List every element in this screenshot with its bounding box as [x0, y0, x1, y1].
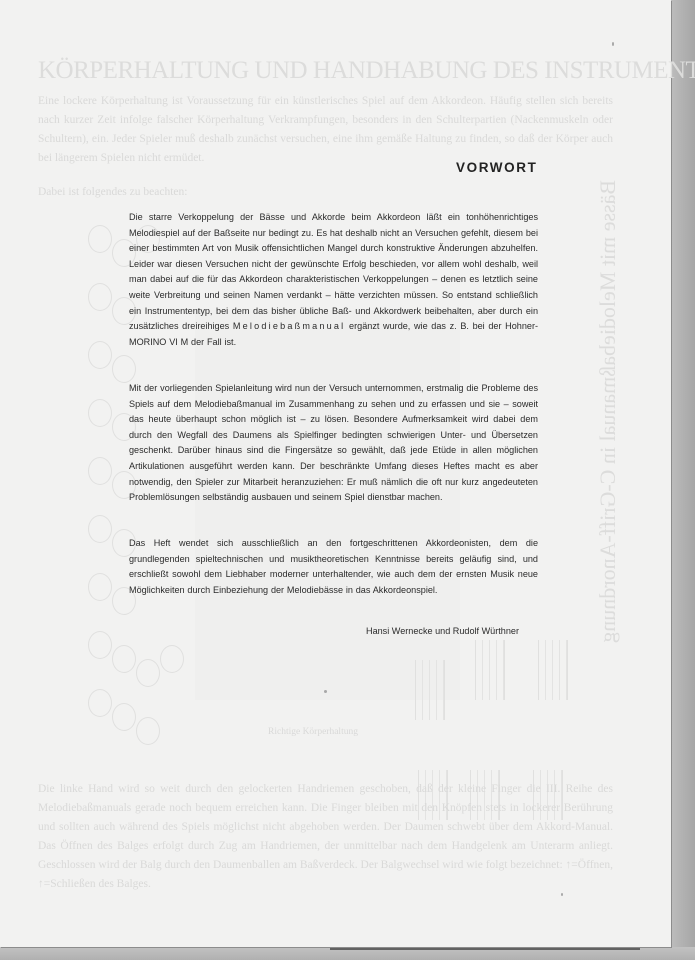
bleed-through-vertical-title: Bässe mit Melodiebaßmanual in C-Griff-An…	[595, 180, 621, 643]
bleed-through-staff	[418, 770, 448, 820]
bleed-through-paragraph-top: Eine lockere Körperhaltung ist Vorausset…	[38, 92, 613, 168]
paragraph-1: Die starre Verkoppelung der Bässe und Ak…	[129, 210, 538, 350]
paragraph-2: Mit der vorliegenden Spielanleitung wird…	[129, 381, 538, 506]
paragraph-1-text: Die starre Verkoppelung der Bässe und Ak…	[129, 212, 538, 331]
bleed-through-title: KÖRPERHALTUNG UND HANDHABUNG DES INSTRUM…	[38, 57, 695, 85]
page-bottom-edge	[0, 947, 695, 960]
bleed-through-line: Dabei ist folgendes zu beachten:	[38, 183, 613, 202]
bleed-through-staff	[470, 770, 500, 820]
bleed-through-staff	[533, 770, 563, 820]
paragraph-1-emphasis: Melodiebaßmanual	[233, 321, 346, 331]
scan-speck	[561, 893, 563, 896]
page-title: VORWORT	[456, 160, 537, 175]
author-signature: Hansi Wernecke und Rudolf Würthner	[366, 626, 519, 636]
document-page: KÖRPERHALTUNG UND HANDHABUNG DES INSTRUM…	[0, 0, 671, 947]
scan-speck	[612, 42, 614, 46]
scan-speck	[324, 690, 327, 693]
paragraph-3: Das Heft wendet sich ausschließlich an d…	[129, 536, 538, 598]
bleed-through-paragraph-bottom: Die linke Hand wird so weit durch den ge…	[38, 780, 613, 894]
bleed-through-staff	[538, 640, 568, 700]
page-edge	[671, 0, 695, 960]
bleed-through-caption: Richtige Körperhaltung	[268, 727, 358, 737]
bleed-through-staff	[475, 640, 505, 700]
bleed-through-staff	[415, 660, 445, 720]
